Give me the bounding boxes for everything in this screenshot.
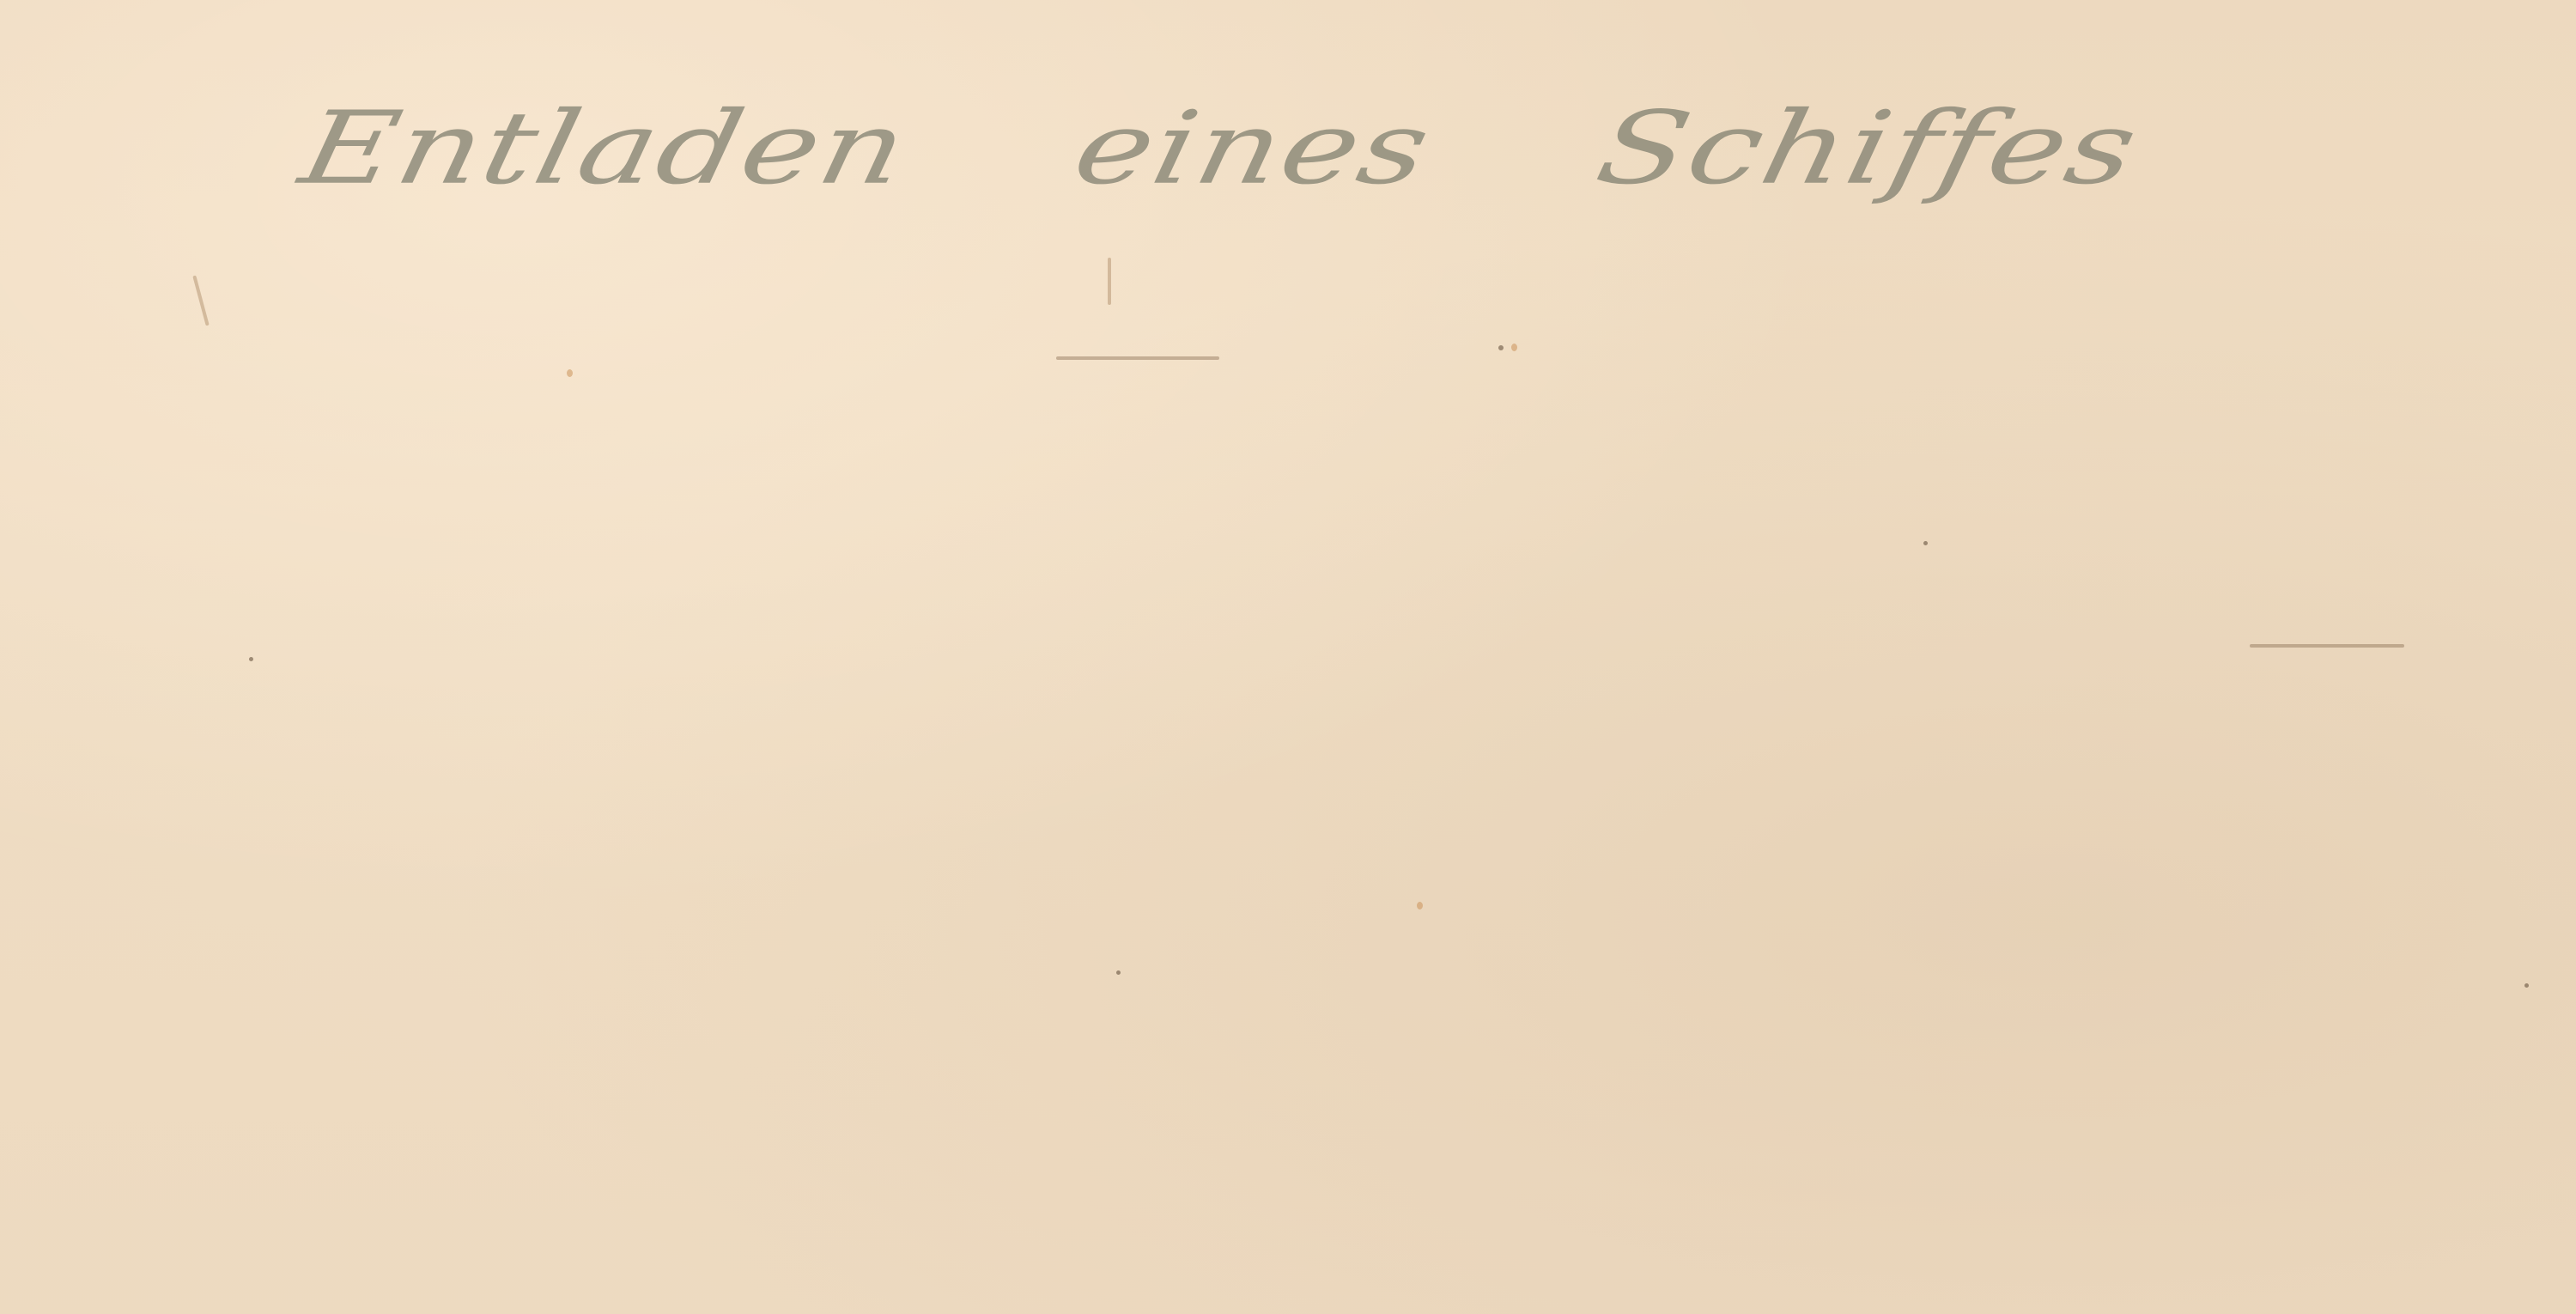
- paper-sheet: Entladen eines Schiffes: [0, 0, 2576, 1314]
- heading-word: eines: [1063, 82, 1443, 216]
- heading-word: Schiffes: [1586, 82, 2150, 216]
- paper-fleck: [2524, 983, 2529, 988]
- paper-fleck: [1417, 902, 1423, 909]
- heading-word: Entladen: [289, 82, 920, 216]
- paper-fleck: [249, 657, 253, 661]
- paper-fleck: [1116, 970, 1121, 975]
- pencil-dash: [2250, 644, 2404, 648]
- paper-fleck: [1923, 541, 1928, 545]
- paper-fleck: [1511, 344, 1517, 351]
- handwritten-heading: Entladen eines Schiffes: [275, 82, 2293, 283]
- pencil-dash: [1056, 356, 1219, 360]
- paper-fiber: [192, 276, 209, 326]
- paper-fleck: [1498, 345, 1504, 350]
- paper-fleck: [567, 369, 573, 377]
